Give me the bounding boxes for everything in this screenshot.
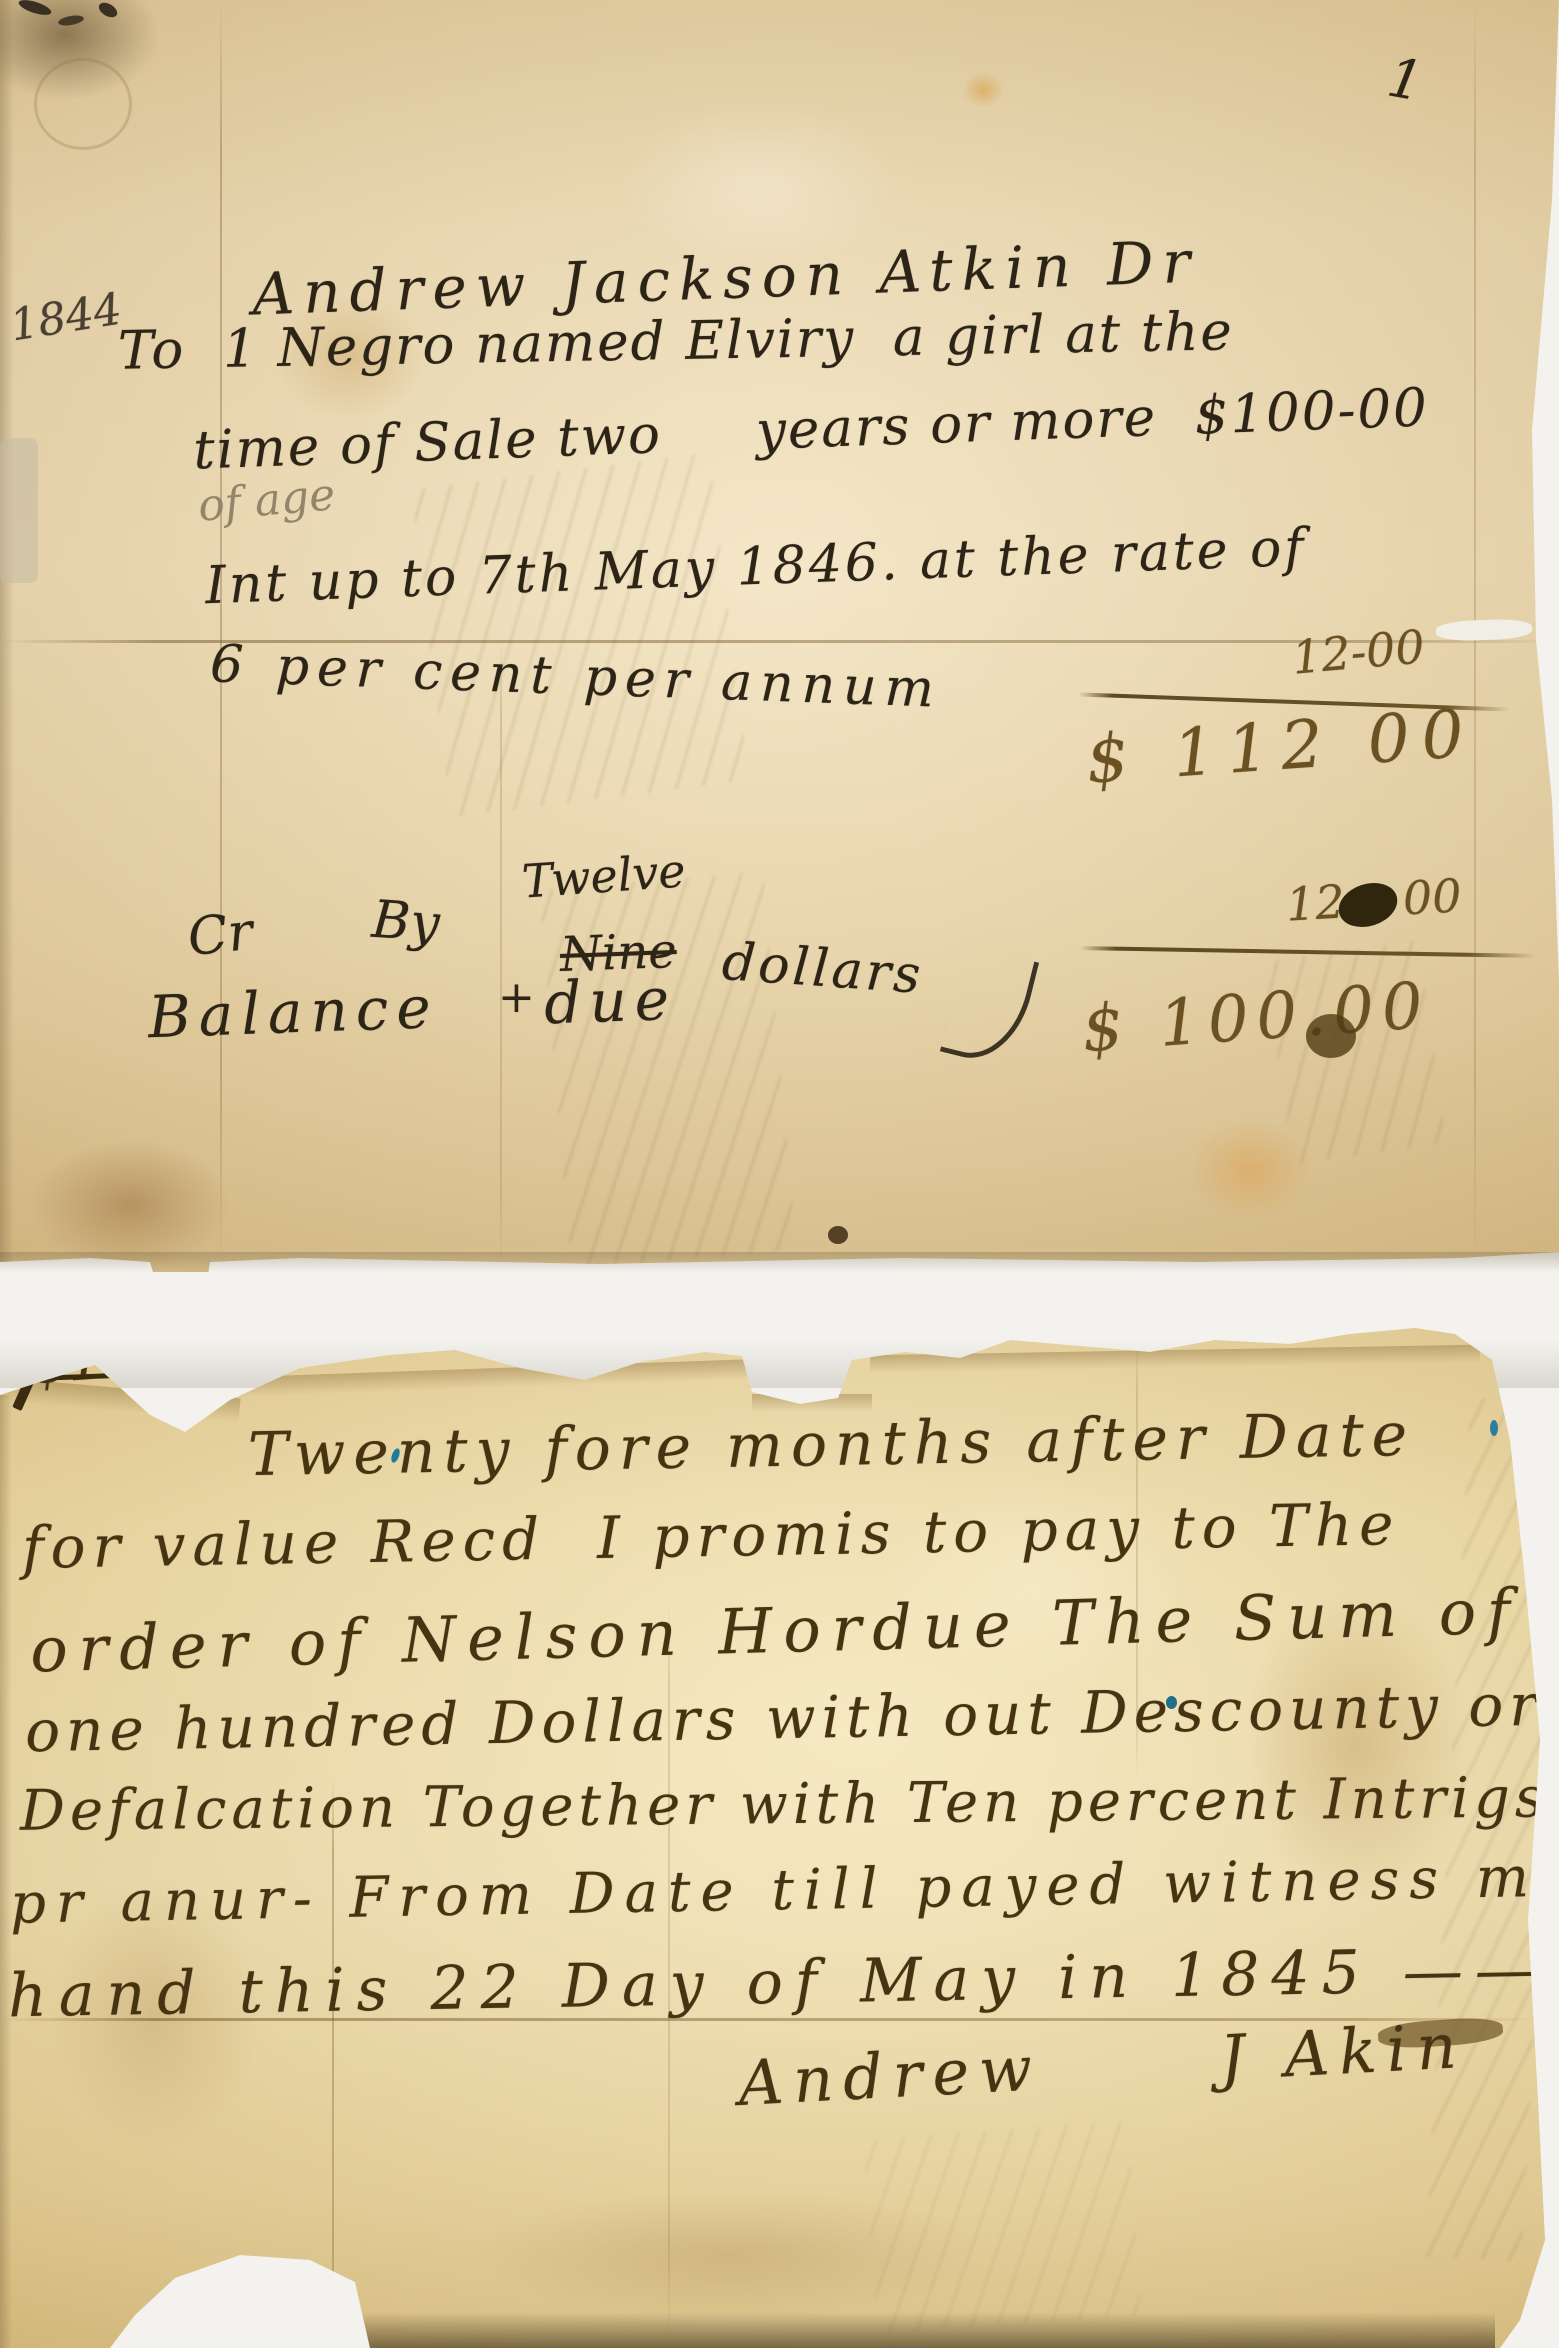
paper-gap-shadow (0, 1252, 1559, 1272)
ghost-writing (411, 453, 749, 817)
pen-flourish (940, 945, 1039, 1070)
year-note: 1844 (7, 287, 125, 350)
pencil-insertion: of age (196, 472, 337, 530)
vertical-crease (220, 0, 222, 1265)
fold-tear-highlight (1436, 618, 1533, 641)
yellow-spot (962, 72, 1004, 108)
account-statement-paper: 1 Andrew Jackson Atkin Dr 1844 To 1 Negr… (0, 0, 1559, 1272)
dark-speck (828, 1226, 848, 1244)
subtotal-amount: $ 112 00 (1084, 698, 1478, 794)
note-line-1: Twenty fore months after Date (248, 1404, 1416, 1487)
interest-line-1: Int up to 7th May 1846. at the rate of (204, 521, 1307, 614)
blue-speck (1490, 1420, 1498, 1436)
ghost-writing (864, 2121, 1142, 2334)
interest-line-2: 6 per cent per annum (209, 637, 943, 717)
paper-edge-shading (0, 0, 14, 1272)
tape-residue (0, 438, 38, 583)
note-line-6: pr anur- From Date till payed witness my (10, 1848, 1559, 1934)
brown-stain (30, 1140, 230, 1270)
credit-word-dollars: dollars (720, 935, 925, 1004)
page-number: 1 (1383, 49, 1427, 111)
signature: Andrew J Akin (737, 2013, 1468, 2116)
note-line-5: Defalcation Together with Ten percent In… (20, 1769, 1559, 1841)
promissory-note-paper: $100.00 Twenty fore months after Date fo… (0, 1320, 1559, 2348)
credit-inserted-word: Twelve (521, 846, 688, 906)
ink-blot (1306, 1014, 1356, 1058)
credit-prefix: Cr (185, 905, 255, 966)
scanned-manuscript: 1 Andrew Jackson Atkin Dr 1844 To 1 Negr… (0, 0, 1559, 2348)
interest-amount: 12-00 (1290, 622, 1426, 682)
credit-by: By (370, 893, 441, 952)
embossed-seal (34, 58, 132, 150)
